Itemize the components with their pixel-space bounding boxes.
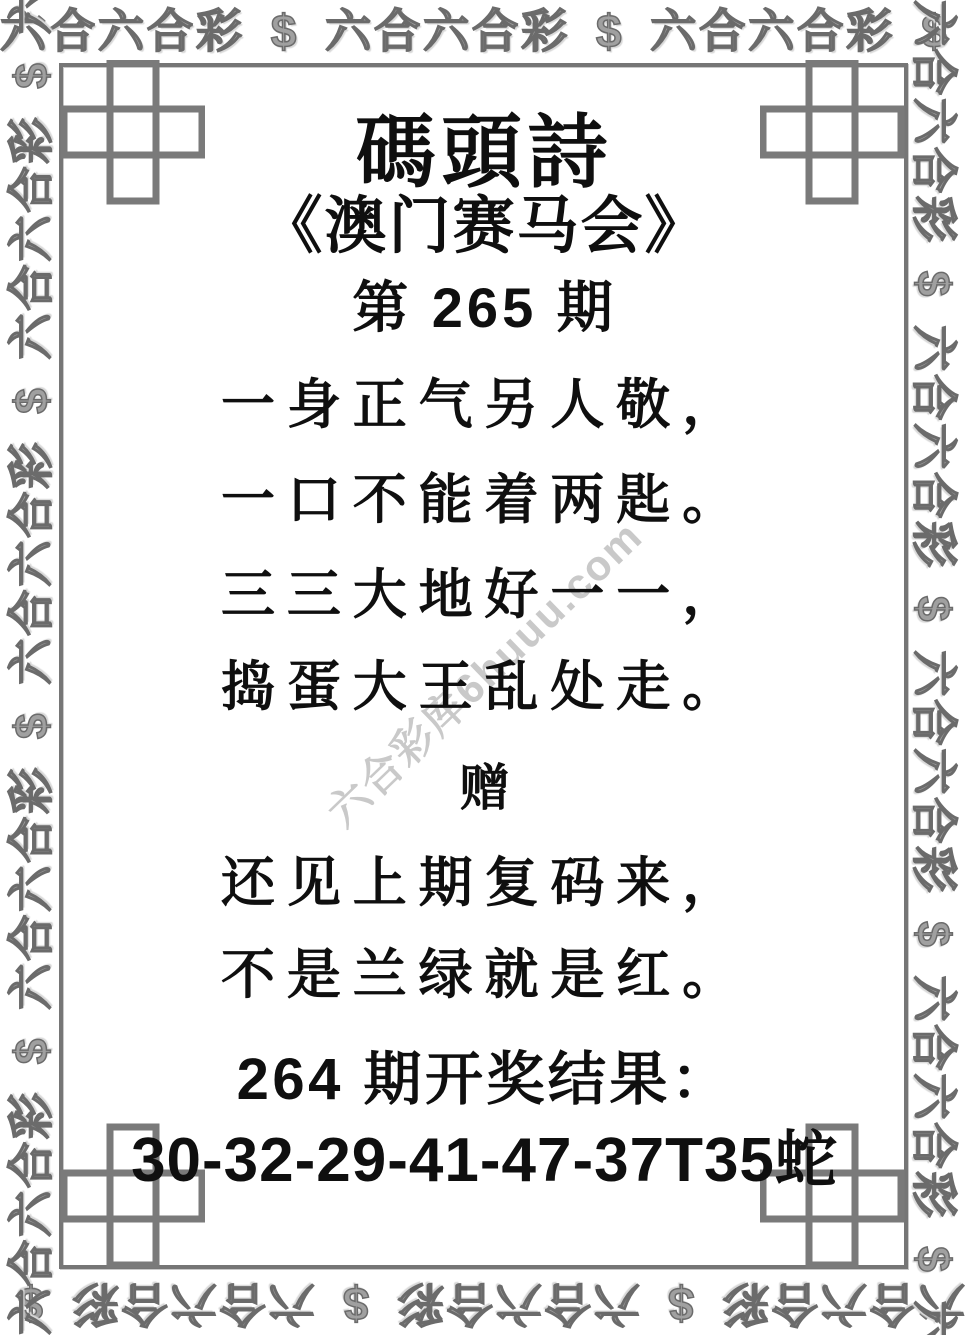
poem-line: 一口不能着两匙。 xyxy=(61,457,908,534)
issue-number: 第 265 期 xyxy=(61,264,908,344)
gift-poem-line: 还见上期复码来， xyxy=(61,840,908,917)
poem-line: 一身正气另人敬， xyxy=(61,362,908,439)
gift-label: 赠 xyxy=(61,748,908,820)
poem-line: 捣蛋大王乱处走。 xyxy=(61,644,908,721)
previous-result-label: 264 期开奖结果： xyxy=(61,1032,908,1116)
page-subtitle: 《澳门赛马会》 xyxy=(61,176,908,265)
gift-poem-line: 不是兰绿就是红。 xyxy=(61,932,908,1009)
border-bottom-text: 六合六合彩 $ 六合六合彩 $ 六合六合彩 $ 六合六合彩 $ 六合六合彩 $ xyxy=(0,1273,965,1335)
poem-line: 三三大地好一一， xyxy=(61,552,908,629)
border-top-text: 六合六合彩 $ 六合六合彩 $ 六合六合彩 $ 六合六合彩 $ 六合六合彩 $ xyxy=(0,0,965,62)
border-right-text: 六合六合彩 $ 六合六合彩 $ 六合六合彩 $ 六合六合彩 $ 六合六合彩 $ xyxy=(903,0,965,1335)
border-left-text: 六合六合彩 $ 六合六合彩 $ 六合六合彩 $ 六合六合彩 $ 六合六合彩 $ xyxy=(0,0,62,1335)
previous-result-numbers: 30-32-29-41-47-37T35蛇 xyxy=(61,1110,908,1199)
